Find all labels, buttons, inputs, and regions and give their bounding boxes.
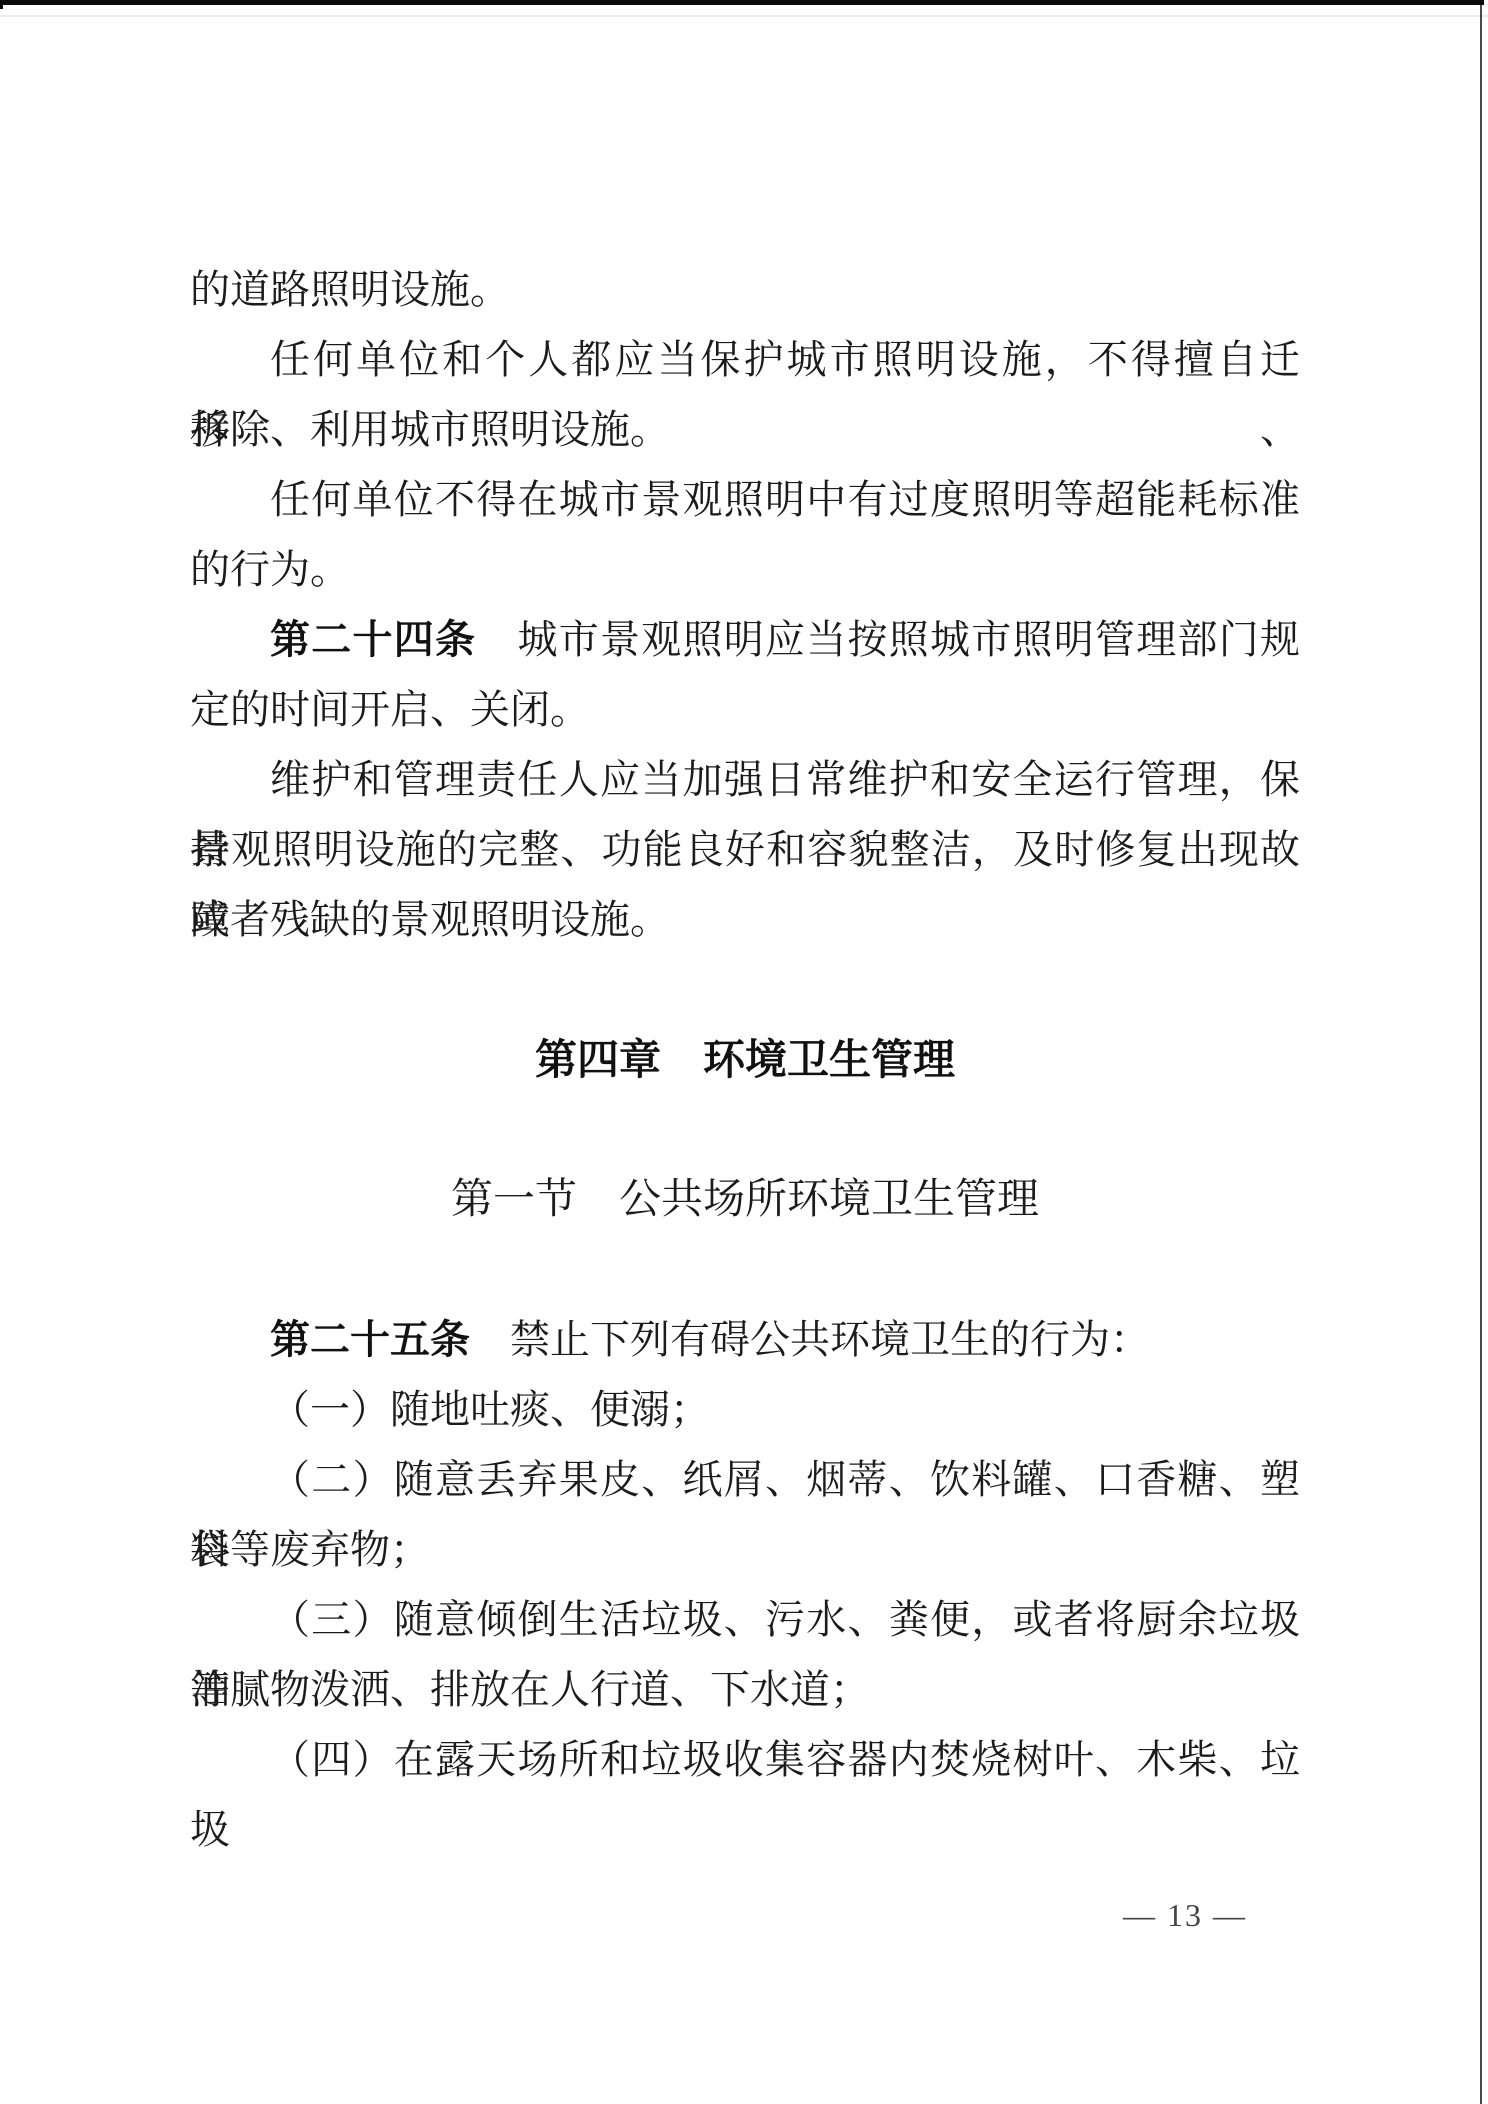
scan-right-edge-line bbox=[1480, 5, 1482, 2104]
body-line: 景观照明设施的完整、功能良好和容貌整洁，及时修复出现故障 bbox=[190, 815, 1300, 885]
article-25-block: 第二十五条 禁止下列有碍公共环境卫生的行为： （一）随地吐痰、便溺； （二）随意… bbox=[190, 1305, 1300, 1795]
document-body: 的道路照明设施。 任何单位和个人都应当保护城市照明设施，不得擅自迁移、 拆除、利… bbox=[190, 255, 1300, 1795]
scan-faint-line bbox=[0, 15, 1488, 17]
body-line: 或者残缺的景观照明设施。 bbox=[190, 885, 1300, 955]
body-line: （三）随意倾倒生活垃圾、污水、粪便，或者将厨余垃圾等 bbox=[190, 1585, 1300, 1655]
article-25-number: 第二十五条 bbox=[270, 1318, 470, 1362]
scanned-document-page: 的道路照明设施。 任何单位和个人都应当保护城市照明设施，不得擅自迁移、 拆除、利… bbox=[0, 0, 1488, 2104]
body-line: （一）随地吐痰、便溺； bbox=[190, 1375, 1300, 1445]
body-line-article-24: 第二十四条 城市景观照明应当按照城市照明管理部门规 bbox=[190, 605, 1300, 675]
scan-top-edge bbox=[0, 0, 1484, 5]
body-line: 任何单位和个人都应当保护城市照明设施，不得擅自迁移、 bbox=[190, 325, 1300, 395]
body-line: （四）在露天场所和垃圾收集容器内焚烧树叶、木柴、垃圾 bbox=[190, 1725, 1300, 1795]
body-line: 任何单位不得在城市景观照明中有过度照明等超能耗标准 bbox=[190, 465, 1300, 535]
page-number: — 13 — bbox=[1030, 1885, 1340, 1945]
body-line-article-25: 第二十五条 禁止下列有碍公共环境卫生的行为： bbox=[190, 1305, 1300, 1375]
scan-top-left-notch bbox=[0, 0, 3, 9]
body-line: 的道路照明设施。 bbox=[190, 255, 1300, 325]
body-line: （二）随意丢弃果皮、纸屑、烟蒂、饮料罐、口香糖、塑料 bbox=[190, 1445, 1300, 1515]
body-line: 袋等废弃物； bbox=[190, 1515, 1300, 1585]
body-line: 定的时间开启、关闭。 bbox=[190, 675, 1300, 745]
body-line: 油腻物泼洒、排放在人行道、下水道； bbox=[190, 1655, 1300, 1725]
section-heading: 第一节 公共场所环境卫生管理 bbox=[190, 1165, 1300, 1235]
body-line: 的行为。 bbox=[190, 535, 1300, 605]
chapter-heading: 第四章 环境卫生管理 bbox=[190, 1025, 1300, 1095]
body-line: 维护和管理责任人应当加强日常维护和安全运行管理，保持 bbox=[190, 745, 1300, 815]
article-24-number: 第二十四条 bbox=[270, 618, 476, 662]
